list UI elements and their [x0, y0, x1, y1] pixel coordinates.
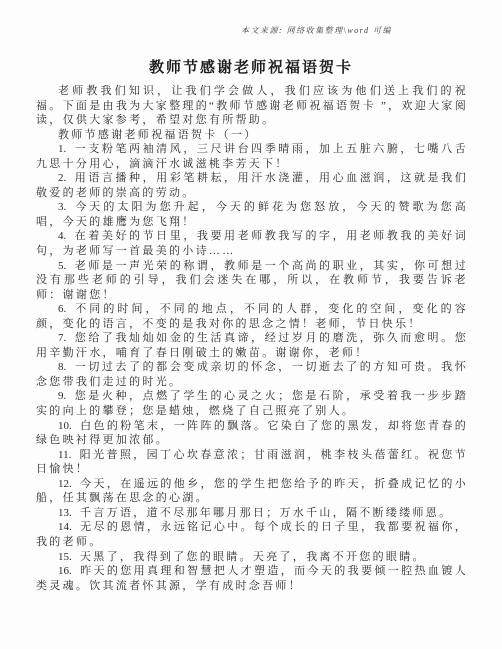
item-text: 今天的太阳为您升起，今天的鲜花为您怒放，今天的赞歌为您高唱，今天的雄鹰为您飞翔！	[36, 201, 468, 228]
section-heading: 教师节感谢老师祝福语贺卡（一）	[36, 128, 468, 143]
item-number: 10.	[58, 420, 72, 432]
item-text: 一支粉笔两袖清风，三尺讲台四季晴雨，加上五脏六腑，七嘴八舌九思十分用心，滴滴汗水…	[36, 143, 468, 170]
item-number: 16.	[58, 565, 72, 577]
item-number: 2.	[58, 172, 66, 184]
item-text: 无尽的恩情，永远铭记心中。每个成长的日子里，我都要祝福你，我的老师。	[36, 521, 468, 548]
item-text: 在着美好的节日里，我要用老师教我写的字，用老师教我的美好词句，为老师写一首最美的…	[36, 230, 468, 257]
item-text: 老师是一声光荣的称谓，教师是一个高尚的职业，其实，你可想过没有那些老师的引导，我…	[36, 260, 468, 301]
item-number: 14.	[58, 521, 72, 533]
item-text: 千言万语，道不尽那年哪月那日；万水千山，隔不断缕缕师恩。	[80, 507, 452, 519]
list-item: 8.一切过去了的都会变成亲切的怀念，一切逝去了的方知可贵。我怀念您带我们走过的时…	[36, 360, 468, 389]
list-item: 13.千言万语，道不尽那年哪月那日；万水千山，隔不断缕缕师恩。	[36, 506, 468, 521]
item-number: 8.	[58, 361, 66, 373]
item-number: 12.	[58, 478, 72, 490]
item-text: 不同的时间，不同的地点，不同的人群，变化的空间，变化的容颜，变化的语言，不变的是…	[36, 303, 468, 330]
item-text: 用语言播种，用彩笔耕耘，用汗水浇灌，用心血滋润，这就是我们敬爱的老师的崇高的劳动…	[36, 172, 468, 199]
item-number: 5.	[58, 260, 66, 272]
list-item: 2.用语言播种，用彩笔耕耘，用汗水浇灌，用心血滋润，这就是我们敬爱的老师的崇高的…	[36, 171, 468, 200]
blessing-list: 1.一支粉笔两袖清风，三尺讲台四季晴雨，加上五脏六腑，七嘴八舌九思十分用心，滴滴…	[36, 142, 468, 593]
list-item: 7.您给了我灿灿如金的生活真谛，经过岁月的磨洗，弥久而愈明。您用辛勤汗水，哺育了…	[36, 331, 468, 360]
document-body: 老师教我们知识，让我们学会做人，我们应该为他们送上我们的祝福。下面是由我为大家整…	[36, 84, 468, 593]
item-number: 9.	[58, 390, 66, 402]
list-item: 6.不同的时间，不同的地点，不同的人群，变化的空间，变化的容颜，变化的语言，不变…	[36, 302, 468, 331]
page-title: 教师节感谢老师祝福语贺卡	[0, 56, 502, 77]
list-item: 1.一支粉笔两袖清风，三尺讲台四季晴雨，加上五脏六腑，七嘴八舌九思十分用心，滴滴…	[36, 142, 468, 171]
document-page: 本文来源: 网络收集整理\word 可编 教师节感谢老师祝福语贺卡 老师教我们知…	[0, 0, 502, 649]
item-text: 天黑了，我得到了您的眼睛。天亮了，我离不开您的眼睛。	[80, 551, 426, 563]
item-number: 6.	[58, 303, 66, 315]
list-item: 12.今天，在遥远的他乡，您的学生把您给予的昨天，折叠成记忆的小船，任其飘荡在思…	[36, 477, 468, 506]
source-note: 本文来源: 网络收集整理\word 可编	[0, 25, 392, 36]
item-text: 您给了我灿灿如金的生活真谛，经过岁月的磨洗，弥久而愈明。您用辛勤汗水，哺育了春日…	[36, 332, 468, 359]
item-text: 一切过去了的都会变成亲切的怀念，一切逝去了的方知可贵。我怀念您带我们走过的时光。	[36, 361, 468, 388]
list-item: 11.阳光普照，园丁心坎春意浓；甘雨滋润，桃李枝头蓓蕾红。祝您节日愉快！	[36, 448, 468, 477]
list-item: 9.您是火种，点燃了学生的心灵之火；您是石阶，承受着我一步步踏实的向上的攀登；您…	[36, 389, 468, 418]
list-item: 14.无尽的恩情，永远铭记心中。每个成长的日子里，我都要祝福你，我的老师。	[36, 520, 468, 549]
item-number: 13.	[58, 507, 72, 519]
item-text: 昨天的您用真理和智慧把人才塑造，而今天的我要倾一腔热血镀人类灵魂。饮其流者怀其源…	[36, 565, 468, 592]
item-text: 今天，在遥远的他乡，您的学生把您给予的昨天，折叠成记忆的小船，任其飘荡在思念的心…	[36, 478, 468, 505]
item-number: 3.	[58, 201, 66, 213]
item-text: 阳光普照，园丁心坎春意浓；甘雨滋润，桃李枝头蓓蕾红。祝您节日愉快！	[36, 449, 468, 476]
item-text: 您是火种，点燃了学生的心灵之火；您是石阶，承受着我一步步踏实的向上的攀登；您是蜡…	[36, 390, 468, 417]
list-item: 4.在着美好的节日里，我要用老师教我写的字，用老师教我的美好词句，为老师写一首最…	[36, 229, 468, 258]
list-item: 10.白色的粉笔末，一阵阵的飘落。它染白了您的黑发，却将您青春的绿色映衬得更加浓…	[36, 419, 468, 448]
list-item: 3.今天的太阳为您升起，今天的鲜花为您怒放，今天的赞歌为您高唱，今天的雄鹰为您飞…	[36, 200, 468, 229]
item-number: 1.	[58, 143, 66, 155]
intro-paragraph: 老师教我们知识，让我们学会做人，我们应该为他们送上我们的祝福。下面是由我为大家整…	[36, 84, 468, 128]
list-item: 5.老师是一声光荣的称谓，教师是一个高尚的职业，其实，你可想过没有那些老师的引导…	[36, 259, 468, 303]
item-number: 7.	[58, 332, 66, 344]
item-number: 11.	[58, 449, 71, 461]
item-number: 4.	[58, 230, 66, 242]
list-item: 16.昨天的您用真理和智慧把人才塑造，而今天的我要倾一腔热血镀人类灵魂。饮其流者…	[36, 564, 468, 593]
item-text: 白色的粉笔末，一阵阵的飘落。它染白了您的黑发，却将您青春的绿色映衬得更加浓郁。	[36, 420, 468, 447]
list-item: 15.天黑了，我得到了您的眼睛。天亮了，我离不开您的眼睛。	[36, 550, 468, 565]
item-number: 15.	[58, 551, 72, 563]
